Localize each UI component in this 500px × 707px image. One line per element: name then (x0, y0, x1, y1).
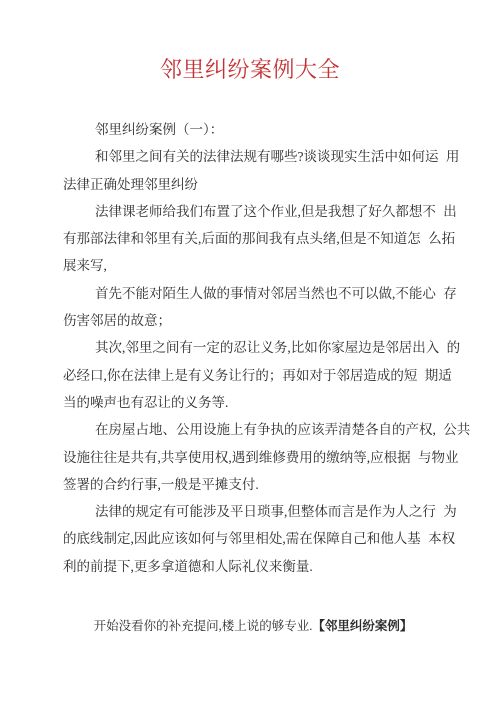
document-body: 邻里纠纷案例（一）：和邻里之间有关的法律法规有哪些?谈谈现实生活中如何运 用法律… (63, 116, 443, 640)
text-line: 有那部法律和邻里有关,后面的那间我有点头绪,但是不知道怎 么拓 (63, 225, 443, 252)
text-line: 首先不能对陌生人做的事情对邻居当然也不可以做,不能心 存 (63, 280, 443, 307)
text-line: 利的前提下,更多拿道德和人际礼仪来衡量. (63, 553, 443, 580)
text-line: 签署的合约行事,一般是平摊支付. (63, 471, 443, 498)
text-line: 在房屋占地、公用设施上有争执的应该弄清楚各自的产权, 公共 (63, 416, 443, 443)
closing-text: 开始没看你的补充提问,楼上说的够专业. (94, 619, 313, 633)
text-line: 和邻里之间有关的法律法规有哪些?谈谈现实生活中如何运 用 (63, 143, 443, 170)
text-line: 邻里纠纷案例（一）： (63, 116, 443, 143)
text-line: 伤害邻居的故意； (63, 307, 443, 334)
text-line: 设施往往是共有,共享使用权,遇到维修费用的缴纳等,应根据 与物业 (63, 444, 443, 471)
document-page: 邻里纠纷案例大全 邻里纠纷案例（一）：和邻里之间有关的法律法规有哪些?谈谈现实生… (0, 0, 500, 707)
text-line: 的底线制定,因此应该如何与邻里相处,需在保障自己和他人基 本权 (63, 525, 443, 552)
text-line: 必经口,你在法律上是有义务让行的；再如对于邻居造成的短 期适 (63, 362, 443, 389)
text-line: 法律正确处理邻里纠纷 (63, 171, 443, 198)
closing-source-tag: 【邻里纠纷案例】 (312, 619, 412, 633)
page-title: 邻里纠纷案例大全 (0, 53, 500, 84)
text-line: 法律课老师给我们布置了这个作业,但是我想了好久都想不 出 (63, 198, 443, 225)
text-line: 当的噪声也有忍让的义务等. (63, 389, 443, 416)
closing-line: 开始没看你的补充提问,楼上说的够专业.【邻里纠纷案例】 (63, 613, 443, 640)
text-line: 展来写, (63, 252, 443, 279)
text-line: 法律的规定有可能涉及平日琐事,但整体而言是作为人之行 为 (63, 498, 443, 525)
text-line: 其次,邻里之间有一定的忍让义务,比如你家屋边是邻居出入 的 (63, 334, 443, 361)
